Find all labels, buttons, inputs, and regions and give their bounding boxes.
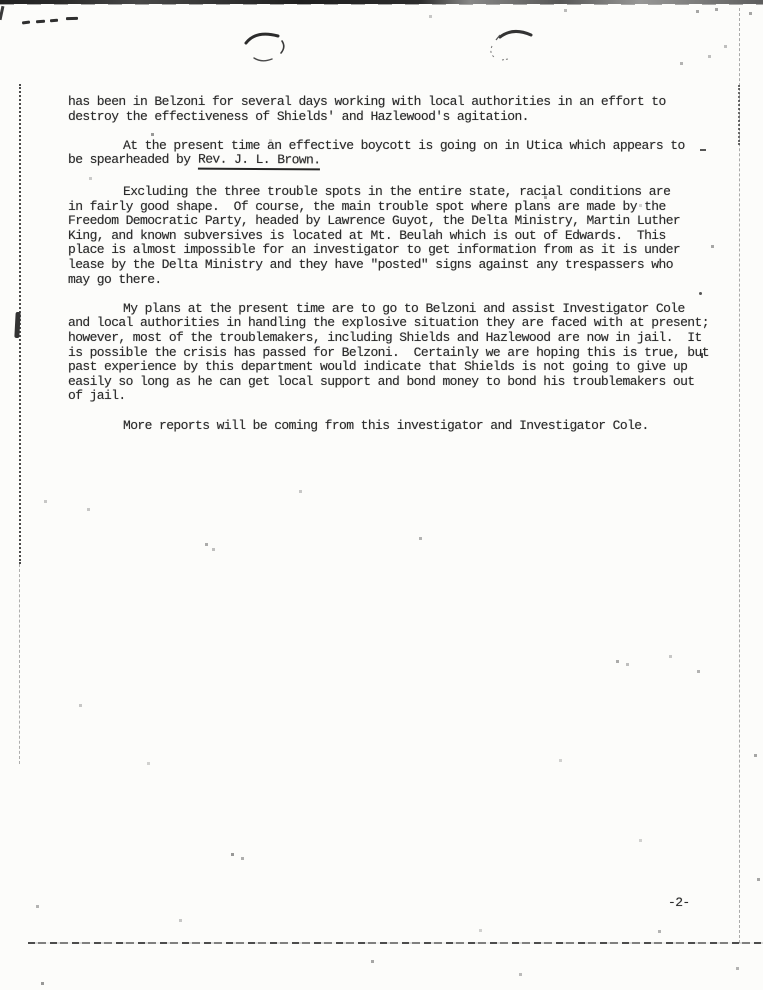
underlined-name: Rev. J. L. Brown.: [198, 153, 321, 171]
document-body: has been in Belzoni for several days wor…: [68, 95, 728, 448]
text-line: in fairly good shape. Of course, the mai…: [68, 200, 728, 215]
text-line: More reports will be coming from this in…: [68, 419, 728, 434]
text-line: My plans at the present time are to go t…: [68, 302, 728, 317]
text-line: At the present time an effective boycott…: [68, 139, 728, 154]
text-line: Freedom Democratic Party, headed by Lawr…: [68, 214, 728, 229]
text-line: be spearheaded by Rev. J. L. Brown.: [68, 153, 728, 170]
paragraph-3: Excluding the three trouble spots in the…: [68, 185, 728, 287]
scan-right-fold-line-dark: [738, 85, 740, 145]
text-line: lease by the Delta Ministry and they hav…: [68, 258, 728, 273]
text-line: King, and known subversives is located a…: [68, 229, 728, 244]
paragraph-2: At the present time an effective boycott…: [68, 139, 728, 171]
text-line: past experience by this department would…: [68, 360, 728, 375]
text-segment: be spearheaded by: [68, 152, 198, 167]
text-line: destroy the effectiveness of Shields' an…: [68, 110, 728, 125]
scan-dash-mark: [50, 19, 58, 22]
paragraph-4: My plans at the present time are to go t…: [68, 302, 728, 404]
paragraph-1: has been in Belzoni for several days wor…: [68, 95, 728, 124]
scan-dash-mark: [66, 17, 78, 20]
text-line: has been in Belzoni for several days wor…: [68, 95, 728, 110]
hole-punch-circle-mark: [238, 27, 298, 69]
scan-left-fold-line-faint: [19, 564, 20, 764]
scan-right-fold-line: [739, 8, 740, 943]
text-line: easily so long as he can get local suppo…: [68, 375, 728, 390]
page-number: -2-: [668, 895, 690, 910]
scan-top-edge-dashes: [0, 4, 763, 5]
text-line: however, most of the troublemakers, incl…: [68, 331, 728, 346]
paragraph-5: More reports will be coming from this in…: [68, 419, 728, 434]
scan-corner-mark: [0, 6, 4, 20]
text-line: of jail.: [68, 389, 728, 404]
scan-noise-speckles: [0, 0, 1, 1]
scan-dash-mark: [22, 20, 30, 24]
text-line: may go there.: [68, 273, 728, 288]
text-line: and local authorities in handling the ex…: [68, 316, 728, 331]
text-line: is possible the crisis has passed for Be…: [68, 346, 728, 361]
text-line: Excluding the three trouble spots in the…: [68, 185, 728, 200]
scan-dash-mark: [36, 20, 45, 23]
scan-bottom-edge-line: [28, 942, 763, 944]
scanned-document-page: has been in Belzoni for several days wor…: [0, 0, 763, 990]
hole-punch-circle-mark: [486, 25, 544, 67]
text-line: place is almost impossible for an invest…: [68, 243, 728, 258]
